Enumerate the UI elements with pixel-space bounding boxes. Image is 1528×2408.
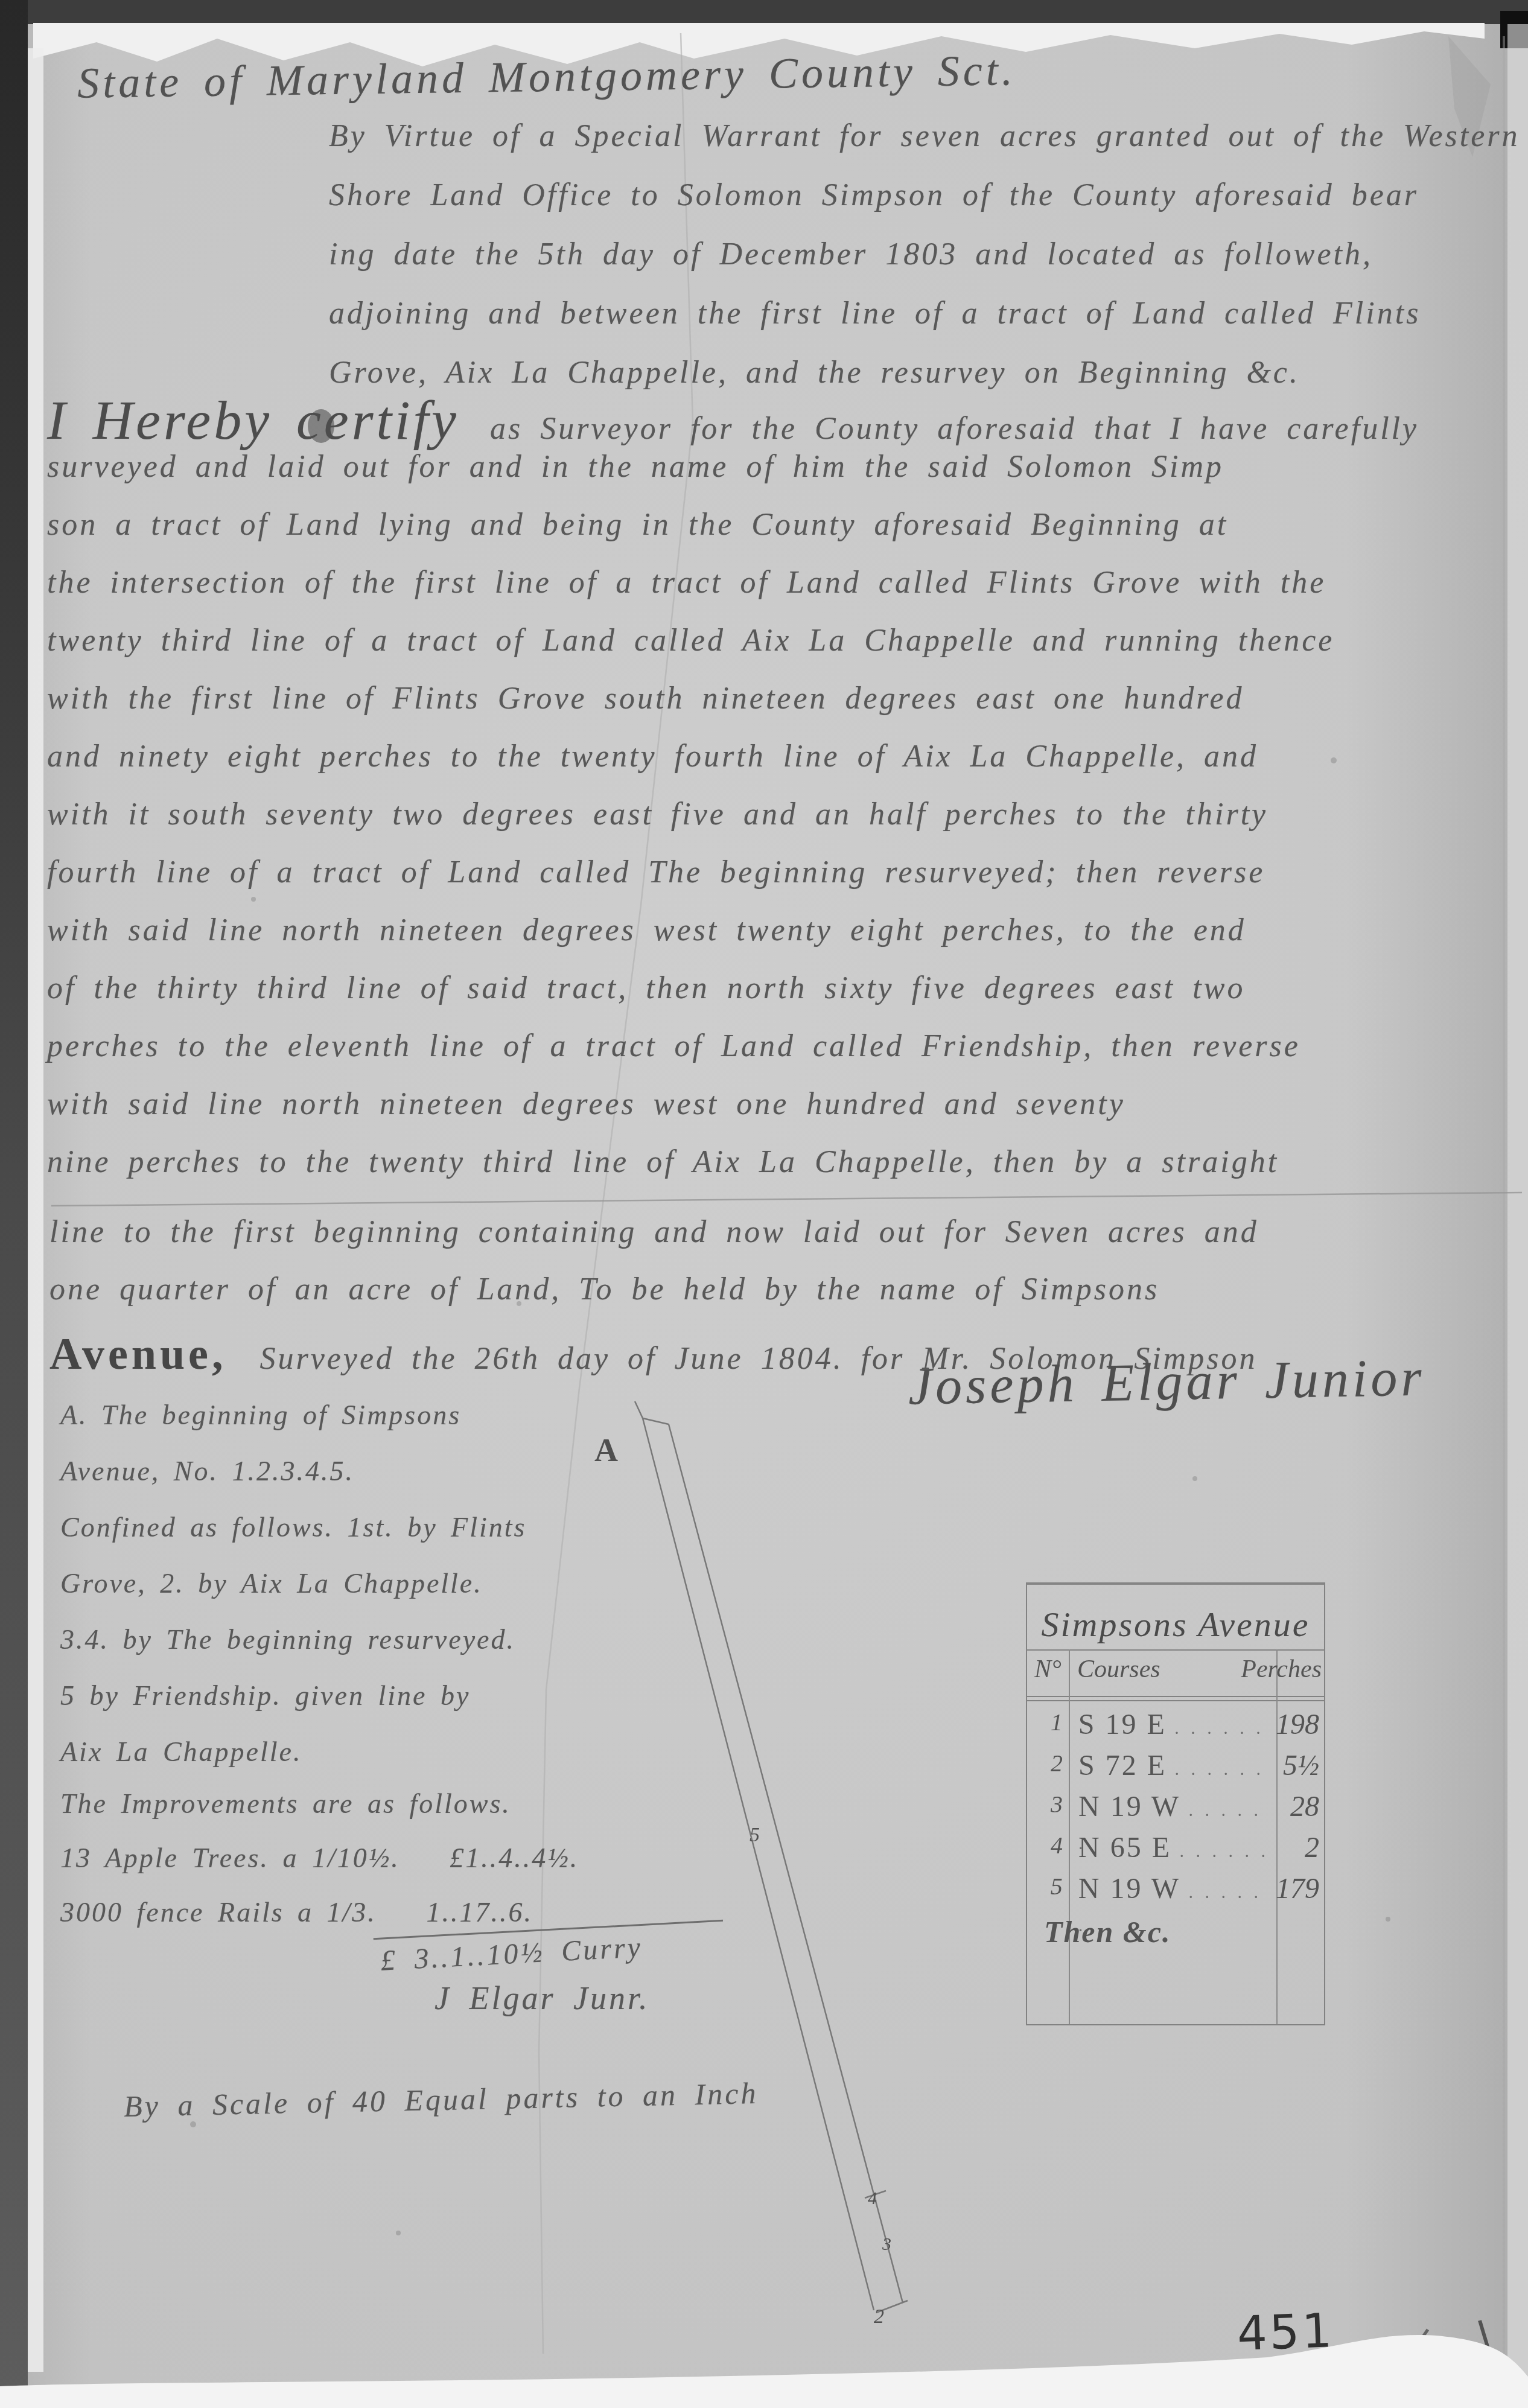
notes-signature: J Elgar Junr. bbox=[435, 1980, 649, 2017]
note-line: Grove, 2. by Aix La Chappelle. bbox=[60, 1567, 526, 1623]
note-line: A. The beginning of Simpsons bbox=[60, 1399, 526, 1455]
body-line-text: as Surveyor for the County aforesaid tha… bbox=[490, 412, 1419, 446]
body-line: with said line north nineteen degrees we… bbox=[47, 1086, 1419, 1144]
row-perches: 5½ bbox=[1276, 1749, 1324, 1782]
row-number: 4 bbox=[1027, 1831, 1069, 1859]
body-line: surveyed and laid out for and in the nam… bbox=[47, 449, 1419, 507]
preamble-line: adjoining and between the first line of … bbox=[329, 296, 1520, 355]
body-line: perches to the eleventh line of a tract … bbox=[47, 1028, 1419, 1086]
row-perches: 198 bbox=[1276, 1708, 1324, 1741]
row-number: 3 bbox=[1027, 1790, 1069, 1818]
plat-label-3: 3 bbox=[882, 2234, 891, 2255]
row-number: 2 bbox=[1027, 1749, 1069, 1777]
tract-name-avenue: Avenue, bbox=[49, 1330, 226, 1379]
scan-edge-top bbox=[0, 0, 1528, 24]
preamble-line: ing date the 5th day of December 1803 an… bbox=[329, 237, 1520, 296]
table-row: 1 S 19 E 198 bbox=[1027, 1708, 1324, 1749]
body-line: and ninety eight perches to the twenty f… bbox=[47, 739, 1419, 797]
table-row: 5 N 19 W 179 bbox=[1027, 1872, 1324, 1913]
plat-label-4: 4 bbox=[868, 2188, 877, 2209]
row-perches: 179 bbox=[1276, 1872, 1324, 1905]
table-footer-note: Then &c. bbox=[1044, 1914, 1171, 1949]
body-line: one quarter of an acre of Land, To be he… bbox=[49, 1272, 1259, 1329]
improvement-item-amount: £1..4..4½. bbox=[450, 1843, 579, 1873]
plat-label-5: 5 bbox=[750, 1824, 760, 1847]
table-row: 3 N 19 W 28 bbox=[1027, 1790, 1324, 1831]
plat-label-2: 2 bbox=[874, 2305, 884, 2328]
courses-table: Simpsons Avenue N° Courses Perches 1 S 1… bbox=[1026, 1582, 1325, 2025]
note-line: Avenue, No. 1.2.3.4.5. bbox=[60, 1455, 526, 1511]
body-line: line to the first beginning containing a… bbox=[49, 1214, 1259, 1272]
column-header-no: N° bbox=[1027, 1655, 1069, 1684]
row-perches: 2 bbox=[1276, 1831, 1324, 1864]
column-header-courses: Courses bbox=[1069, 1655, 1228, 1684]
row-perches: 28 bbox=[1276, 1790, 1324, 1823]
boundary-notes: A. The beginning of Simpsons Avenue, No.… bbox=[60, 1399, 526, 1792]
note-line: 3.4. by The beginning resurveyed. bbox=[60, 1623, 526, 1680]
improvement-item-amount: 1..17..6. bbox=[426, 1897, 533, 1928]
surveyor-signature: Joseph Elgar Junior bbox=[908, 1348, 1425, 1418]
folio-page-number: 451 bbox=[1236, 2304, 1335, 2362]
column-header-perches: Perches bbox=[1228, 1655, 1324, 1684]
table-rule bbox=[1027, 1649, 1324, 1651]
improvements-block: The Improvements are as follows. 13 Appl… bbox=[60, 1788, 579, 1951]
note-line: 5 by Friendship. given line by bbox=[60, 1680, 526, 1736]
row-number: 5 bbox=[1027, 1872, 1069, 1900]
course-bearing: S 72 E bbox=[1078, 1750, 1167, 1782]
body-line: son a tract of Land lying and being in t… bbox=[47, 507, 1419, 565]
preamble-line: By Virtue of a Special Warrant for seven… bbox=[329, 118, 1520, 177]
plat-line-west bbox=[643, 1418, 874, 2310]
plat-line-east bbox=[669, 1424, 903, 2303]
certificate-body: I Hereby certify as Surveyor for the Cou… bbox=[47, 391, 1419, 1202]
row-course: N 65 E bbox=[1069, 1831, 1276, 1864]
plat-apex-tick bbox=[635, 1401, 643, 1418]
body-line: with said line north nineteen degrees we… bbox=[47, 913, 1419, 970]
preamble-line: Shore Land Office to Solomon Simpson of … bbox=[329, 177, 1520, 237]
body-line: I Hereby certify as Surveyor for the Cou… bbox=[47, 391, 1419, 449]
plat-strip-lines bbox=[635, 1401, 908, 2313]
preamble-block: By Virtue of a Special Warrant for seven… bbox=[329, 118, 1520, 414]
table-row: 2 S 72 E 5½ bbox=[1027, 1749, 1324, 1790]
scan-edge-left bbox=[0, 0, 28, 2408]
improvements-heading: The Improvements are as follows. bbox=[60, 1788, 579, 1842]
body-line: with it south seventy two degrees east f… bbox=[47, 797, 1419, 855]
table-rows: 1 S 19 E 198 2 S 72 E 5½ 3 N 19 W 28 4 N… bbox=[1027, 1708, 1324, 1913]
body-line: fourth line of a tract of Land called Th… bbox=[47, 855, 1419, 913]
dotted-leader bbox=[1167, 1759, 1264, 1779]
body-line: twenty third line of a tract of Land cal… bbox=[47, 623, 1419, 681]
row-number: 1 bbox=[1027, 1708, 1069, 1736]
table-row: 4 N 65 E 2 bbox=[1027, 1831, 1324, 1872]
body-line: nine perches to the twenty third line of… bbox=[47, 1144, 1419, 1202]
table-rule bbox=[1027, 1700, 1324, 1701]
table-header-row: N° Courses Perches bbox=[1027, 1655, 1324, 1684]
body-line: of the thirty third line of said tract, … bbox=[47, 970, 1419, 1028]
paper-left-sliver bbox=[28, 48, 43, 2372]
plat-label-a: A bbox=[594, 1432, 618, 1469]
body-line: the intersection of the first line of a … bbox=[47, 565, 1419, 623]
plat-apex-join bbox=[643, 1418, 669, 1424]
course-bearing: S 19 E bbox=[1078, 1709, 1167, 1741]
note-line: Aix La Chappelle. bbox=[60, 1736, 526, 1792]
note-line: Confined as follows. 1st. by Flints bbox=[60, 1511, 526, 1567]
dotted-leader bbox=[1167, 1718, 1264, 1738]
course-bearing: N 19 W bbox=[1078, 1873, 1180, 1905]
row-course: S 19 E bbox=[1069, 1708, 1276, 1741]
courses-table-title: Simpsons Avenue bbox=[1027, 1584, 1324, 1648]
improvement-item-text: 13 Apple Trees. a 1/10½. bbox=[60, 1843, 400, 1873]
course-bearing: N 19 W bbox=[1078, 1791, 1180, 1823]
table-rule bbox=[1027, 1696, 1324, 1697]
improvement-item: 13 Apple Trees. a 1/10½. £1..4..4½. bbox=[60, 1842, 579, 1896]
row-course: S 72 E bbox=[1069, 1749, 1276, 1782]
body-line: with the first line of Flints Grove sout… bbox=[47, 681, 1419, 739]
course-bearing: N 65 E bbox=[1078, 1832, 1171, 1864]
dotted-leader bbox=[1171, 1841, 1269, 1861]
certify-opening-phrase: I Hereby certify bbox=[47, 389, 459, 451]
improvement-item-text: 3000 fence Rails a 1/3. bbox=[60, 1897, 377, 1928]
